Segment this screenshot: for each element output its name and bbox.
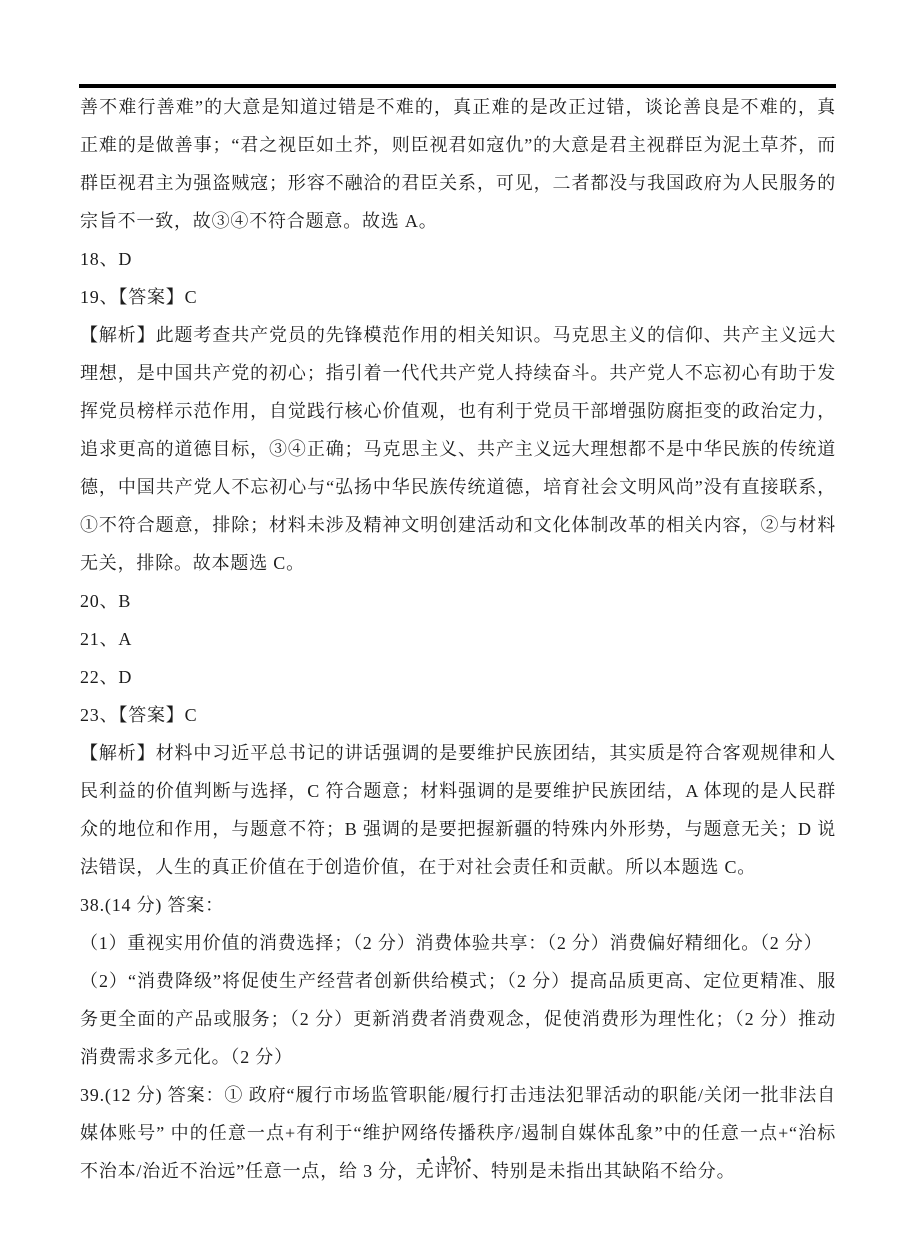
document-page: 善不难行善难”的大意是知道过错是不难的，真正难的是改正过错，谈论善良是不难的，真… — [0, 0, 900, 1246]
document-body: 善不难行善难”的大意是知道过错是不难的，真正难的是改正过错，谈论善良是不难的，真… — [80, 88, 836, 1190]
answer-q18: 18、D — [80, 240, 836, 278]
answer-q19: 19、【答案】C — [80, 278, 836, 316]
answer-q38-header: 38.(14 分) 答案： — [80, 886, 836, 924]
analysis-q17-continuation: 善不难行善难”的大意是知道过错是不难的，真正难的是改正过错，谈论善良是不难的，真… — [80, 88, 836, 240]
analysis-q19: 【解析】此题考查共产党员的先锋模范作用的相关知识。马克思主义的信仰、共产主义远大… — [80, 316, 836, 582]
answer-q22: 22、D — [80, 658, 836, 696]
answer-q38-part2: （2）“消费降级”将促使生产经营者创新供给模式；（2 分）提高品质更高、定位更精… — [80, 962, 836, 1076]
page-number: • 19 • — [0, 1150, 900, 1174]
answer-q20: 20、B — [80, 582, 836, 620]
answer-q21: 21、A — [80, 620, 836, 658]
analysis-q23: 【解析】材料中习近平总书记的讲话强调的是要维护民族团结，其实质是符合客观规律和人… — [80, 734, 836, 886]
answer-q23: 23、【答案】C — [80, 696, 836, 734]
answer-q38-part1: （1）重视实用价值的消费选择；（2 分）消费体验共享：（2 分）消费偏好精细化。… — [80, 924, 836, 962]
